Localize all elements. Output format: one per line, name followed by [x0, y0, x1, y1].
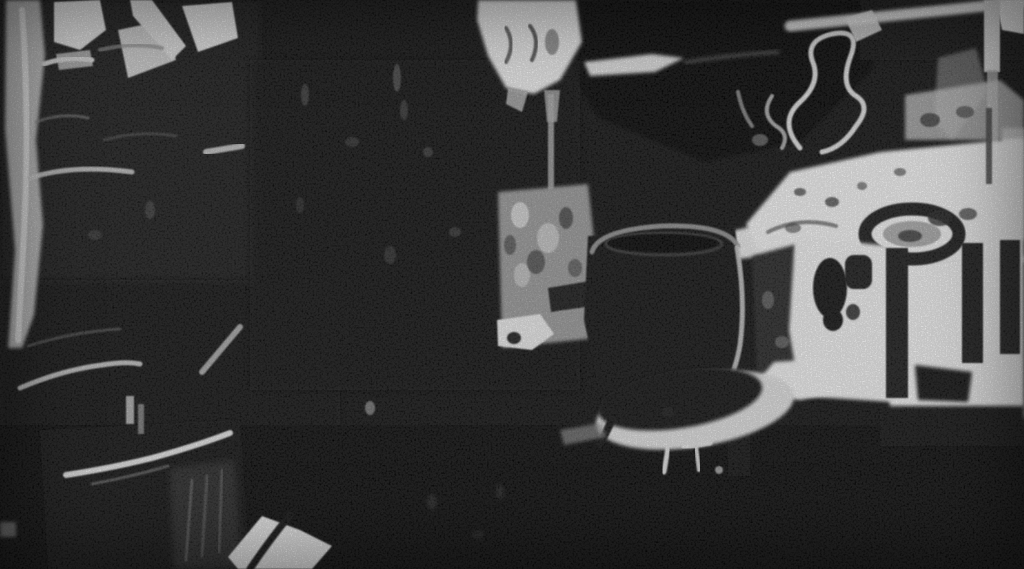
film-grain-dark — [0, 0, 1024, 569]
screenshot-root — [0, 0, 1024, 569]
lab-photograph — [0, 0, 1024, 569]
photo-svg — [0, 0, 1024, 569]
